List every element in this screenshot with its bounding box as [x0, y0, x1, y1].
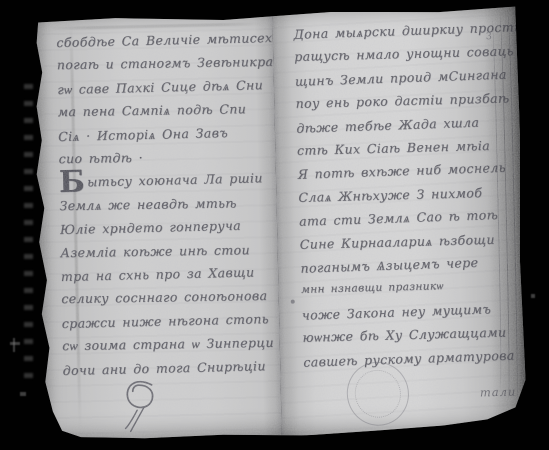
seal-inner-ring — [349, 365, 406, 423]
manuscript-line: дочи ани до тога Снирѣціи — [62, 354, 274, 382]
scratch-mark — [10, 342, 20, 345]
dust-speck — [20, 392, 26, 396]
manuscript-book: сбобдѣе Са Величіе мѣтисехпогаѣ и станог… — [27, 6, 526, 441]
torn-paper-fibres — [24, 84, 33, 384]
ink-dot — [291, 300, 295, 304]
paraph-flourish — [119, 377, 164, 436]
dust-speck — [531, 294, 535, 298]
photo-frame: сбобдѣе Са Величіе мѣтисехпогаѣ и станог… — [0, 0, 549, 450]
left-page: сбобдѣе Са Величіе мѣтисехпогаѣ и станог… — [27, 12, 282, 441]
scratch-mark — [13, 338, 15, 352]
left-page-text: сбобдѣе Са Величіе мѣтисехпогаѣ и станог… — [56, 27, 275, 382]
page-number: 3 — [486, 31, 492, 42]
